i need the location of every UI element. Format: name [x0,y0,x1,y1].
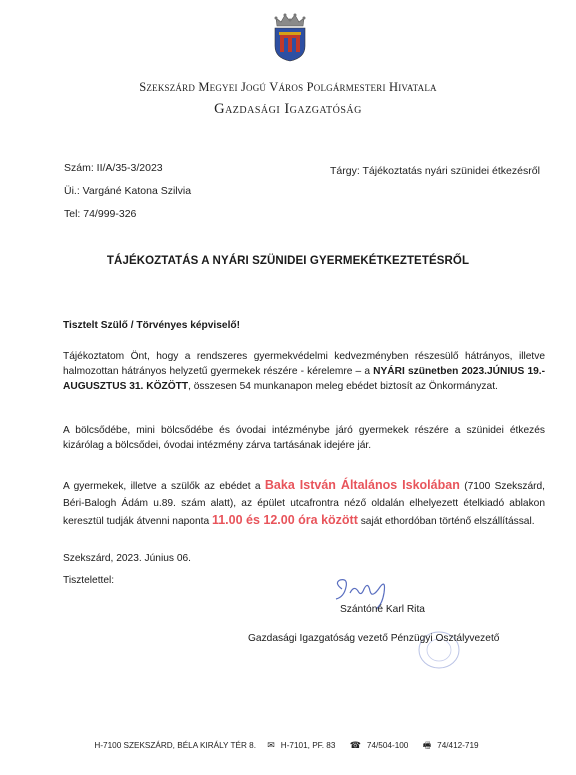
document-date: Szekszárd, 2023. Június 06. [63,553,191,564]
paragraph-3: A gyermekek, illetve a szülők az ebédet … [63,477,545,530]
fax-icon: 🖷 [423,740,432,750]
office-name: Szekszárd Megyei Jogú Város Polgármester… [0,80,576,95]
footer-phone: ☎74/504-100 [347,741,412,750]
paragraph-3-text: A gyermekek, illetve a szülők az ebédet … [63,481,265,492]
city-crest-icon [272,12,308,62]
footer-postal-text: H-7101, PF. 83 [281,741,336,750]
footer-fax: 🖷74/412-719 [420,741,482,750]
closing-regards: Tisztelettel: [63,575,114,586]
school-name-highlight: Baka István Általános Iskolában [265,478,460,492]
subject: Tárgy: Tájékoztatás nyári szünidei étkez… [330,165,540,177]
footer-phone-text: 74/504-100 [367,741,408,750]
paragraph-2: A bölcsődébe, mini bölcsődébe és óvodai … [63,423,545,453]
paragraph-1: Tájékoztatom Önt, hogy a rendszeres gyer… [63,349,545,394]
document-title: TÁJÉKOZTATÁS A NYÁRI SZÜNIDEI GYERMEKÉTK… [0,255,576,267]
footer-fax-text: 74/412-719 [437,741,478,750]
footer: H-7100 SZEKSZÁRD, BÉLA KIRÁLY TÉR 8. ✉H-… [0,738,576,754]
footer-address: H-7100 SZEKSZÁRD, BÉLA KIRÁLY TÉR 8. [94,741,256,750]
signer-position: Gazdasági Igazgatóság vezető Pénzügyi Os… [248,633,499,644]
phone: Tel: 74/999-326 [64,208,136,220]
time-highlight: 11.00 és 12.00 óra között [212,513,358,527]
greeting: Tisztelt Szülő / Törvényes képviselő! [63,318,545,333]
signer-name: Szántóné Karl Rita [340,604,425,615]
paragraph-1-text-end: , összesen 54 munkanapon meleg ebédet bi… [188,381,498,392]
envelope-icon: ✉ [267,740,275,750]
department-name: Gazdasági Igazgatóság [0,101,576,118]
telephone-icon: ☎ [350,740,361,750]
paragraph-3-text-end: saját ethordóban történő elszállítással. [358,516,535,527]
footer-postal: ✉H-7101, PF. 83 [264,741,338,750]
reference-number: Szám: II/A/35-3/2023 [64,162,163,174]
administrator: Üi.: Vargáné Katona Szilvia [64,185,191,197]
